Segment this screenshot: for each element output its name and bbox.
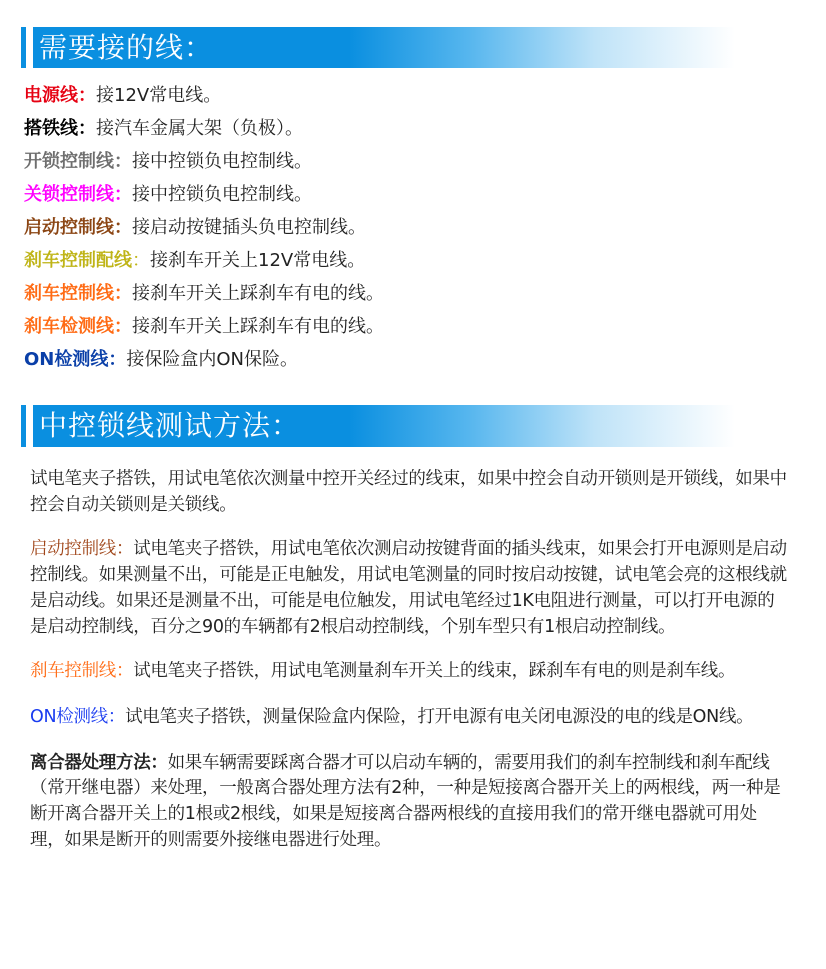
paragraph-on-detect: ON检测线：试电笔夹子搭铁，测量保险盒内保险，打开电源有电关闭电源没的电的线是O… xyxy=(30,705,790,731)
paragraph-label: ON检测线： xyxy=(30,707,125,727)
wire-label: 刹车检测线： xyxy=(24,316,132,337)
wire-item-unlock: 开锁控制线：接中控锁负电控制线。 xyxy=(24,145,384,178)
paragraph-text: 试电笔夹子搭铁，用试电笔依次测启动按键背面的插头线束，如果会打开电源则是启动控制… xyxy=(30,539,787,636)
wire-label: ON检测线： xyxy=(24,349,126,370)
wire-label: 关锁控制线： xyxy=(24,184,132,205)
paragraph-text: 试电笔夹子搭铁，测量保险盒内保险，打开电源有电关闭电源没的电的线是ON线。 xyxy=(125,707,753,727)
wire-desc: 接启动按键插头负电控制线。 xyxy=(132,217,366,238)
wire-desc: 接保险盒内ON保险。 xyxy=(126,349,298,370)
wire-label: 搭铁线： xyxy=(24,118,96,139)
wire-item-on-detect: ON检测线：接保险盒内ON保险。 xyxy=(24,343,384,376)
wire-item-start: 启动控制线：接启动按键插头负电控制线。 xyxy=(24,211,384,244)
paragraph-text: 试电笔夹子搭铁，用试电笔测量刹车开关上的线束，踩刹车有电的则是刹车线。 xyxy=(133,661,735,681)
paragraph-brake-control: 刹车控制线：试电笔夹子搭铁，用试电笔测量刹车开关上的线束，踩刹车有电的则是刹车线… xyxy=(30,659,790,685)
wire-desc: 接中控锁负电控制线。 xyxy=(132,151,312,172)
section-header-wires: 需要接的线： xyxy=(21,27,735,68)
paragraph-start-control: 启动控制线：试电笔夹子搭铁，用试电笔依次测启动按键背面的插头线束，如果会打开电源… xyxy=(30,537,790,640)
header-accent-stripe xyxy=(21,405,26,447)
paragraph-clutch: 离合器处理方法：如果车辆需要踩离合器才可以启动车辆的，需要用我们的刹车控制线和刹… xyxy=(30,751,790,854)
wire-item-ground: 搭铁线：接汽车金属大架（负极）。 xyxy=(24,112,384,145)
paragraph-label: 离合器处理方法： xyxy=(30,753,168,773)
wire-desc: 接刹车开关上踩刹车有电的线。 xyxy=(132,316,384,337)
wire-label: 开锁控制线： xyxy=(24,151,132,172)
wire-item-power: 电源线：接12V常电线。 xyxy=(24,79,384,112)
wire-label: 启动控制线： xyxy=(24,217,132,238)
wire-item-brake-detect: 刹车检测线：接刹车开关上踩刹车有电的线。 xyxy=(24,310,384,343)
paragraph-label: 刹车控制线： xyxy=(30,661,133,681)
section-title: 需要接的线： xyxy=(39,27,213,68)
header-accent-stripe xyxy=(21,27,26,68)
wire-item-brake-aux: 刹车控制配线：接刹车开关上12V常电线。 xyxy=(24,244,384,277)
wire-label: 刹车控制配线 xyxy=(24,250,132,271)
section-title: 中控锁线测试方法： xyxy=(39,405,300,447)
paragraph-lock-test: 试电笔夹子搭铁，用试电笔依次测量中控开关经过的线束，如果中控会自动开锁则是开锁线… xyxy=(30,467,790,518)
wire-label: 电源线： xyxy=(24,85,96,106)
paragraph-label: 启动控制线： xyxy=(30,539,133,559)
wire-desc: 接汽车金属大架（负极）。 xyxy=(96,118,303,139)
test-method-paragraphs: 试电笔夹子搭铁，用试电笔依次测量中控开关经过的线束，如果中控会自动开锁则是开锁线… xyxy=(30,467,790,873)
wire-label: 刹车控制线： xyxy=(24,283,132,304)
wire-desc: 接刹车开关上踩刹车有电的线。 xyxy=(132,283,384,304)
wire-desc: 接刹车开关上12V常电线。 xyxy=(150,250,365,271)
paragraph-text: 试电笔夹子搭铁，用试电笔依次测量中控开关经过的线束，如果中控会自动开锁则是开锁线… xyxy=(30,469,787,515)
wire-desc: 接12V常电线。 xyxy=(96,85,221,106)
wire-desc: 接中控锁负电控制线。 xyxy=(132,184,312,205)
wire-list: 电源线：接12V常电线。 搭铁线：接汽车金属大架（负极）。 开锁控制线：接中控锁… xyxy=(24,79,384,376)
wire-item-lock: 关锁控制线：接中控锁负电控制线。 xyxy=(24,178,384,211)
wire-colon: ： xyxy=(132,250,150,271)
wire-item-brake-control: 刹车控制线：接刹车开关上踩刹车有电的线。 xyxy=(24,277,384,310)
section-header-test-method: 中控锁线测试方法： xyxy=(21,405,735,447)
